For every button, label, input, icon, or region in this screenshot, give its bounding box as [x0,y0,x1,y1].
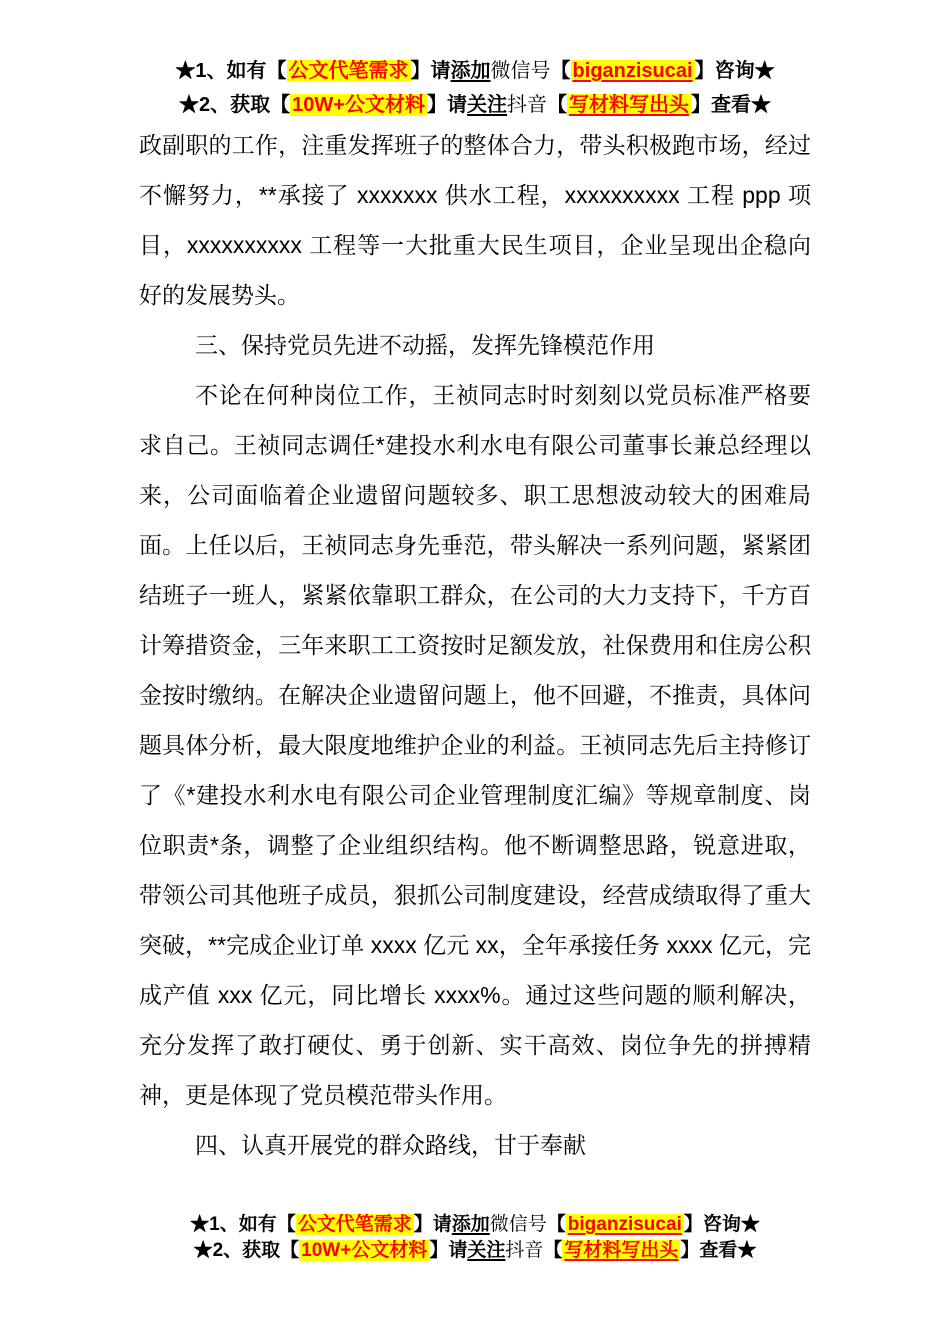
promo-service-highlight: 公文代笔需求 [296,1214,414,1235]
promo-suffix: 】查看★ [680,1240,756,1261]
document-page: ★1、如有【公文代笔需求】请添加微信号【biganzisucai】咨询★ ★2、… [0,0,950,1344]
promo-after-service: 】请 [429,1240,467,1261]
promo-service-highlight: 公文代笔需求 [287,60,411,82]
section-3-heading: 三、保持党员先进不动摇，发挥先锋模范作用 [139,320,811,370]
promo-open-bracket: 【 [547,1214,566,1235]
promo-material-highlight: 10W+公文材料 [290,94,427,116]
promo-open-bracket: 【 [551,60,571,82]
promo-banner-bottom: ★1、如有【公文代笔需求】请添加微信号【biganzisucai】咨询★ ★2、… [0,1212,950,1264]
wechat-handle-highlight: biganzisucai [571,60,695,82]
promo-suffix: 】查看★ [691,94,771,116]
promo-material-highlight: 10W+公文材料 [299,1240,429,1261]
promo-prefix: ★2、获取【 [194,1240,300,1261]
promo-banner-top: ★1、如有【公文代笔需求】请添加微信号【biganzisucai】咨询★ ★2、… [0,54,950,122]
promo-top-line-2: ★2、获取【10W+公文材料】请关注抖音【写材料写出头】查看★ [0,88,950,122]
document-body: 政副职的工作，注重发挥班子的整体合力，带头积极跑市场，经过不懈努力，**承接了 … [139,120,811,1170]
promo-top-line-1: ★1、如有【公文代笔需求】请添加微信号【biganzisucai】咨询★ [0,54,950,88]
promo-action-underlined: 关注 [467,94,507,116]
promo-open-bracket: 【 [547,94,567,116]
promo-prefix: ★2、获取【 [179,94,290,116]
promo-action-underlined: 添加 [452,1214,490,1235]
promo-channel-wechat: 微信号 [491,60,551,82]
section-4-heading: 四、认真开展党的群众路线，甘于奉献 [139,1120,811,1170]
promo-after-service: 】请 [411,60,451,82]
douyin-handle-highlight: 写材料写出头 [562,1240,680,1261]
promo-suffix: 】咨询★ [695,60,775,82]
promo-action-underlined: 添加 [451,60,491,82]
douyin-handle-highlight: 写材料写出头 [567,94,691,116]
wechat-handle-highlight: biganzisucai [566,1214,684,1235]
section-3-paragraph: 不论在何种岗位工作，王祯同志时时刻刻以党员标准严格要求自己。王祯同志调任*建投水… [139,370,811,1120]
promo-channel-douyin: 抖音 [505,1240,543,1261]
promo-open-bracket: 【 [543,1240,562,1261]
promo-prefix: ★1、如有【 [190,1214,296,1235]
promo-channel-wechat: 微信号 [490,1214,547,1235]
promo-action-underlined: 关注 [467,1240,505,1261]
promo-bottom-line-2: ★2、获取【10W+公文材料】请关注抖音【写材料写出头】查看★ [0,1238,950,1264]
promo-suffix: 】咨询★ [684,1214,760,1235]
promo-prefix: ★1、如有【 [175,60,286,82]
promo-bottom-line-1: ★1、如有【公文代笔需求】请添加微信号【biganzisucai】咨询★ [0,1212,950,1238]
continuation-paragraph: 政副职的工作，注重发挥班子的整体合力，带头积极跑市场，经过不懈努力，**承接了 … [139,120,811,320]
promo-after-service: 】请 [427,94,467,116]
promo-channel-douyin: 抖音 [507,94,547,116]
promo-after-service: 】请 [414,1214,452,1235]
